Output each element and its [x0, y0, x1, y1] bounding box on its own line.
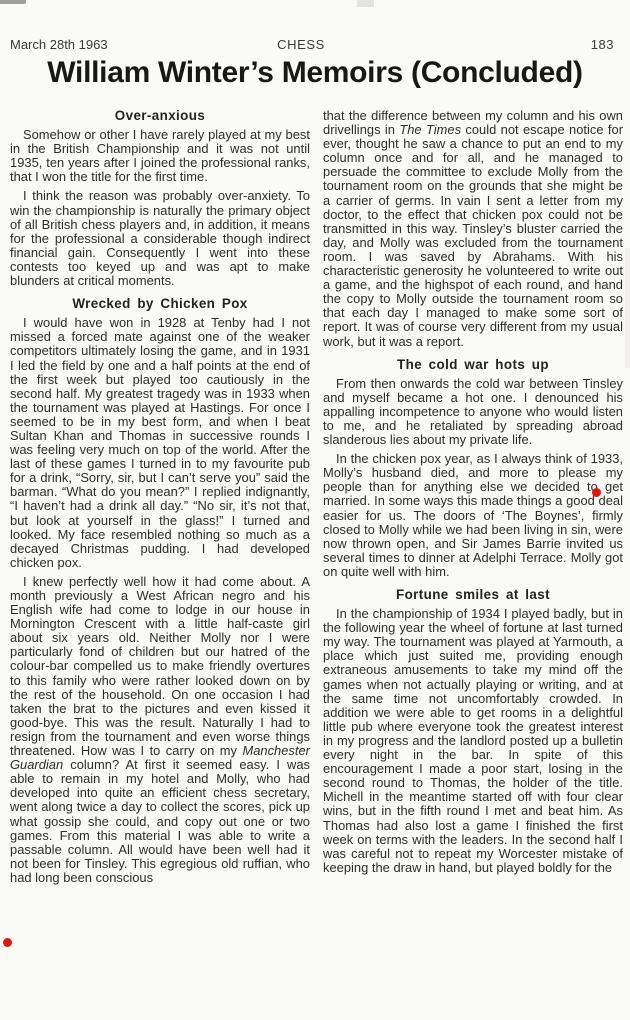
paragraph: I knew perfectly well how it had come ab… [10, 575, 310, 885]
paragraph: Somehow or other I have rarely played at… [10, 128, 310, 184]
right-column: that the difference between my column an… [323, 109, 623, 885]
page-number: 183 [591, 37, 614, 52]
magazine-page: March 28th 1963 CHESS 183 William Winter… [0, 0, 630, 1020]
article-title: William Winter’s Memoirs (Concluded) [0, 56, 630, 90]
red-margin-dot-right [592, 488, 601, 497]
section-heading-cold-war-hots-up: The cold war hots up [323, 358, 623, 372]
section-heading-fortune-smiles-at-last: Fortune smiles at last [323, 588, 623, 602]
scan-artifact-top-left [0, 0, 26, 4]
paragraph: I would have won in 1928 at Tenby had I … [10, 316, 310, 570]
article-body: Over-anxious Somehow or other I have rar… [10, 109, 623, 885]
section-heading-over-anxious: Over-anxious [10, 109, 310, 123]
paragraph: I think the reason was probably over-anx… [10, 189, 310, 288]
paragraph: From then onwards the cold war between T… [323, 377, 623, 447]
paragraph-continuation: that the difference between my column an… [323, 109, 623, 349]
running-header: March 28th 1963 CHESS 183 [0, 37, 630, 53]
red-margin-dot-left [3, 938, 12, 947]
left-column: Over-anxious Somehow or other I have rar… [10, 109, 310, 885]
magazine-name: CHESS [0, 37, 602, 52]
scan-artifact-top-center [357, 0, 374, 7]
paragraph: In the championship of 1934 I played bad… [323, 607, 623, 875]
section-heading-wrecked-by-chicken-pox: Wrecked by Chicken Pox [10, 297, 310, 311]
scan-artifact-right-edge [625, 248, 630, 368]
paragraph: In the chicken pox year, as I always thi… [323, 452, 623, 579]
